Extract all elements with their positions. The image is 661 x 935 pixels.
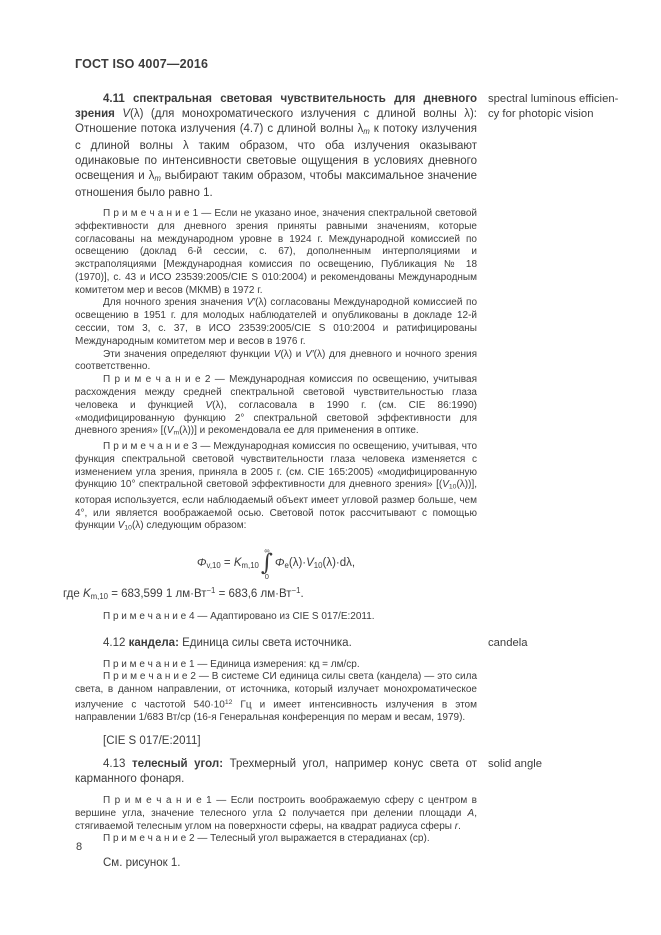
citation-4-12: [CIE S 017/E:2011] — [75, 734, 477, 749]
page-number: 8 — [76, 841, 82, 853]
margin-term-4-12: candela — [477, 636, 641, 651]
formula-integrand: Φe(λ)·V10(λ)·dλ, — [275, 557, 355, 570]
term-4-11-definition: 4.11 спектральная световая чувствительно… — [75, 92, 477, 201]
section-4-12: 4.12 кандела: Единица силы света источни… — [75, 636, 641, 749]
margin-term-4-11: spectral luminous efficien- cy for photo… — [477, 92, 641, 122]
formula-left-side: Φv,10 = Km,10 — [197, 557, 259, 570]
section-4-12-main: 4.12 кандела: Единица силы света источни… — [75, 636, 477, 749]
note-4-12-1: П р и м е ч а н и е 1 — Единица измерени… — [75, 659, 477, 672]
section-4-13-main: 4.13 телесный угол: Трехмерный угол, нап… — [75, 757, 477, 871]
see-figure-reference: См. рисунок 1. — [75, 856, 477, 871]
note-4-12-2: П р и м е ч а н и е 2 — В системе СИ еди… — [75, 671, 477, 725]
section-4-11-main: 4.11 спектральная световая чувствительно… — [75, 92, 477, 624]
integral-symbol: ∞ ∫ 0 — [261, 547, 273, 580]
formula-luminous-flux: Φv,10 = Km,10 ∞ ∫ 0 Φe(λ)·V10(λ)·dλ, — [75, 547, 477, 581]
section-4-11: 4.11 спектральная световая чувствительно… — [75, 92, 641, 624]
term-4-13-definition: 4.13 телесный угол: Трехмерный угол, нап… — [75, 757, 477, 787]
formula-where-clause: где Km,10 = 683,599 1 лм·Вт−1 = 683,6 лм… — [63, 583, 477, 604]
integral-lower-bound: 0 — [265, 573, 269, 580]
note-4-11-4: П р и м е ч а н и е 4 — Адаптировано из … — [75, 611, 477, 624]
note-4-13-1: П р и м е ч а н и е 1 — Если построить в… — [75, 795, 477, 833]
note-4-11-2: П р и м е ч а н и е 2 — Международная ко… — [75, 374, 477, 441]
document-title: ГОСТ ISO 4007—2016 — [75, 57, 641, 71]
note-4-11-functions: Эти значения определяют функции V(λ) и V… — [75, 349, 477, 375]
note-4-11-night-vision: Для ночного зрения значения V′(λ) соглас… — [75, 297, 477, 348]
term-4-12-definition: 4.12 кандела: Единица силы света источни… — [75, 636, 477, 651]
margin-term-4-13: solid angle — [477, 757, 641, 772]
note-4-11-3: П р и м е ч а н и е 3 — Международная ко… — [75, 441, 477, 536]
section-4-13: 4.13 телесный угол: Трехмерный угол, нап… — [75, 757, 641, 871]
integral-sign: ∫ — [261, 554, 273, 573]
note-4-13-2: П р и м е ч а н и е 2 — Телесный угол вы… — [75, 833, 477, 846]
page-content: ГОСТ ISO 4007—2016 4.11 спектральная све… — [75, 57, 641, 871]
note-4-11-1: П р и м е ч а н и е 1 — Если не указано … — [75, 208, 477, 298]
document-page: ГОСТ ISO 4007—2016 4.11 спектральная све… — [0, 0, 661, 935]
